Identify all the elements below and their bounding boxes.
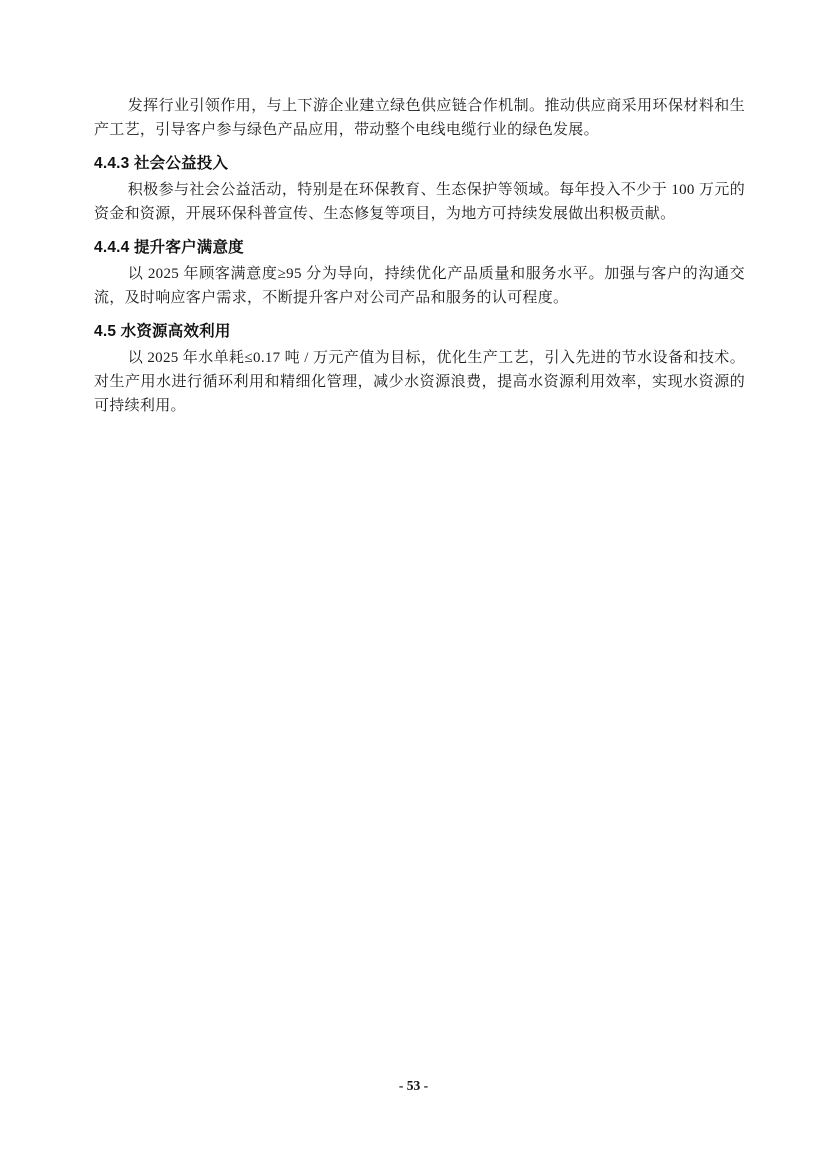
section-heading-4-4-4: 4.4.4 提升客户满意度 [94, 236, 745, 260]
page-number: - 53 - [0, 1078, 827, 1094]
document-page: 发挥行业引领作用，与上下游企业建立绿色供应链合作机制。推动供应商采用环保材料和生… [0, 0, 827, 1170]
page-content: 发挥行业引领作用，与上下游企业建立绿色供应链合作机制。推动供应商采用环保材料和生… [94, 94, 745, 418]
section-heading-4-4-3: 4.4.3 社会公益投入 [94, 152, 745, 176]
section-heading-4-5: 4.5 水资源高效利用 [94, 320, 745, 344]
paragraph-public-welfare: 积极参与社会公益活动，特别是在环保教育、生态保护等领域。每年投入不少于 100 … [94, 178, 745, 226]
paragraph-water-efficiency: 以 2025 年水单耗≤0.17 吨 / 万元产值为目标，优化生产工艺，引入先进… [94, 346, 745, 418]
paragraph-green-supply-chain: 发挥行业引领作用，与上下游企业建立绿色供应链合作机制。推动供应商采用环保材料和生… [94, 94, 745, 142]
paragraph-customer-satisfaction: 以 2025 年顾客满意度≥95 分为导向，持续优化产品质量和服务水平。加强与客… [94, 262, 745, 310]
